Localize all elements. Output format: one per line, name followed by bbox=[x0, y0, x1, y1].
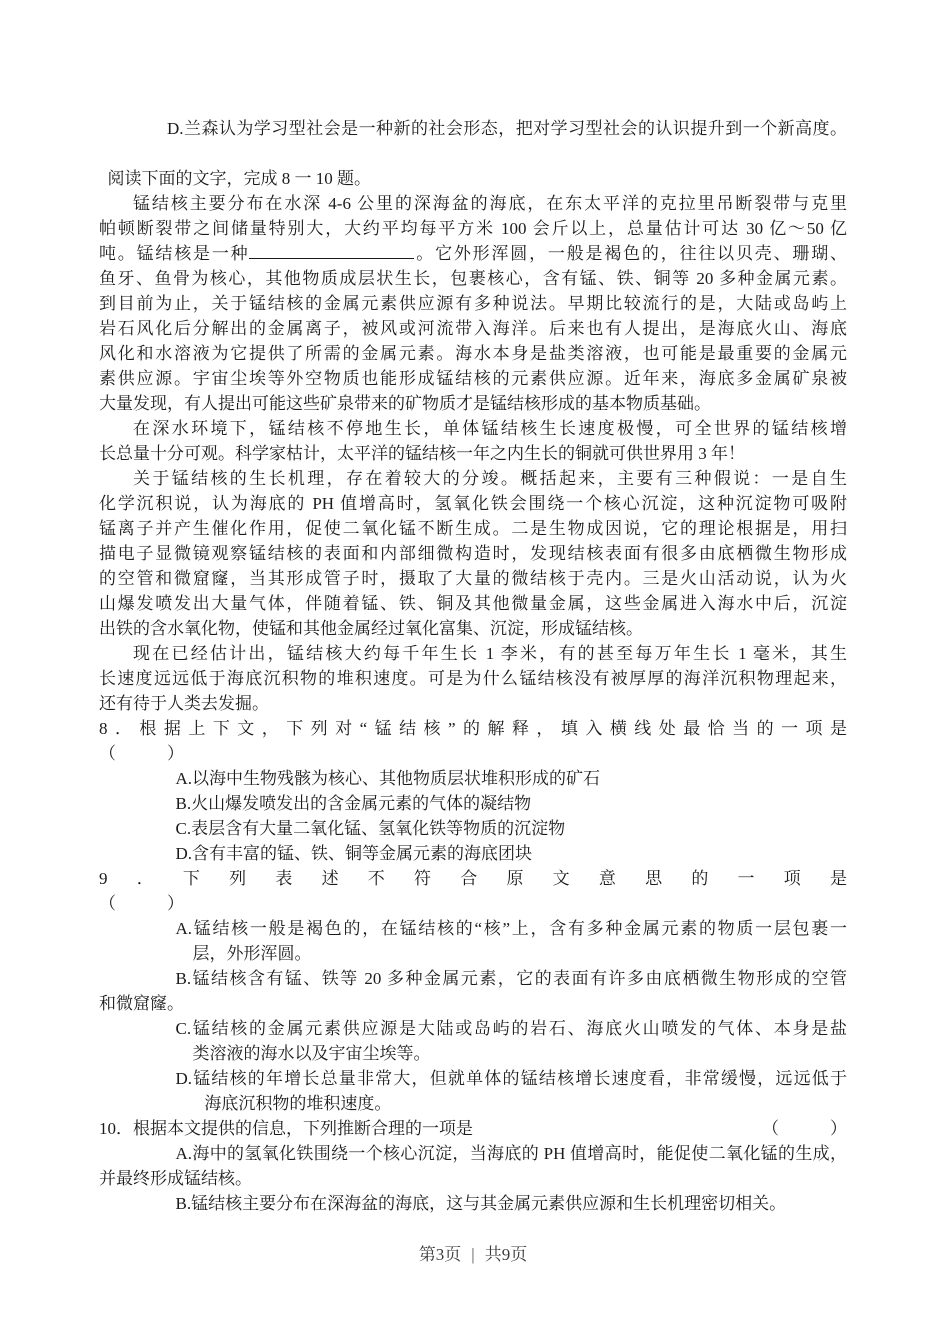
passage-para-1-line: 大量发现，有人提出可能这些矿泉带来的矿物质才是锰结核形成的基本物质基础。 bbox=[99, 391, 847, 416]
passage-para-2-line: 长总量十分可观。科学家枯计，太平洋的锰结核一年之内生长的铜就可供世界用 3 年！ bbox=[99, 441, 847, 466]
passage-para-3-line: 锰离子并产生催化作用，促使二氧化锰不断生成。二是生物成因说，它的理论根据是，用扫 bbox=[99, 516, 847, 541]
question-8-option-b: B.火山爆发喷发出的含金属元素的气体的凝结物 bbox=[99, 791, 847, 816]
page-footer: 第3页|共9页 bbox=[99, 1240, 847, 1265]
question-9-option-b-cont: 和微窟窿。 bbox=[99, 991, 847, 1016]
question-9-option-b: B.锰结核含有锰、铁等 20 多种金属元素，它的表面有许多由底栖微生物形成的空管 bbox=[99, 966, 847, 991]
question-8-option-c: C.表层含有大量二氧化锰、氢氧化铁等物质的沉淀物 bbox=[99, 816, 847, 841]
passage-para-4-line: 长速度远远低于海底沉积物的堆积速度。可是为什么锰结核没有被厚厚的海洋沉积物理起来… bbox=[99, 666, 847, 691]
passage-para-2-line: 在深水环境下，锰结核不停地生长，单体锰结核生长速度极慢，可全世界的锰结核增 bbox=[99, 416, 847, 441]
footer-page-number: 第3页 bbox=[419, 1245, 462, 1264]
passage-para-3-line: 出铁的含水氧化物，使锰和其他金属经过氧化富集、沉淀，形成锰结核。 bbox=[99, 616, 847, 641]
question-9-option-c-cont: 类溶液的海水以及宇宙尘埃等。 bbox=[99, 1041, 847, 1066]
passage-para-3-line: 的空管和微窟窿，当其形成管子时，摄取了大量的微结核于壳内。三是火山活动说，认为火 bbox=[99, 566, 847, 591]
passage-para-4-line: 还有待于人类去发掘。 bbox=[99, 691, 847, 716]
question-10-option-a-cont: 并最终形成锰结核。 bbox=[99, 1166, 847, 1191]
question-9-answer-paren: （ ） bbox=[99, 891, 847, 916]
passage-para-1-line: 鱼牙、鱼骨为核心，其他物质成层状生长，包裹核心，含有锰、铁、铜等 20 多种金属… bbox=[99, 266, 847, 291]
passage-para-1-line: 风化和水溶液为它提供了所需的金属元素。海水本身是盐类溶液，也可能是最重要的金属元 bbox=[99, 341, 847, 366]
blank-spacer bbox=[99, 141, 847, 166]
passage-para-1-line: 帕顿断裂带之间储量特别大，大约平均每平方米 100 会斤以上，总量估计可达 30… bbox=[99, 216, 847, 241]
question-9-option-a-cont: 层，外形浑圆。 bbox=[99, 941, 847, 966]
passage-para-4-line: 现在已经估计出，锰结核大约每千年生长 1 李米，有的甚至每万年生长 1 毫米，其… bbox=[99, 641, 847, 666]
passage-para-1-line: 岩石风化后分解出的金属离子，被风或河流带入海洋。后来也有人提出，是海底火山、海底 bbox=[99, 316, 847, 341]
blank-line-prefix: 吨。锰结核是一种 bbox=[99, 244, 249, 263]
question-8-option-d: D.含有丰富的锰、铁、铜等金属元素的海底团块 bbox=[99, 841, 847, 866]
document-lines: D.兰森认为学习型社会是一种新的社会形态，把对学习型社会的认识提升到一个新高度。… bbox=[99, 116, 847, 1216]
question-10-stem: 10．根据本文提供的信息，下列推断合理的一项是（ ） bbox=[99, 1116, 847, 1141]
question-10-option-b: B.锰结核主要分布在深海盆的海底，这与其金属元素供应源和生长机理密切相关。 bbox=[99, 1191, 847, 1216]
passage-para-1-line: 素供应源。宇宙尘埃等外空物质也能形成锰结核的元素供应源。近年来，海底多金属矿泉被 bbox=[99, 366, 847, 391]
question-9-option-c: C.锰结核的金属元素供应源是大陆或岛屿的岩石、海底火山喷发的气体、本身是盐 bbox=[99, 1016, 847, 1041]
passage-para-3-line: 化学沉积说，认为海底的 PH 值增高时，氢氧化铁会围绕一个核心沉淀，这种沉淀物可… bbox=[99, 491, 847, 516]
passage-para-3-line: 描电子显微镜观察锰结核的表面和内部细微构造时，发现结核表面有很多由底栖微生物形成 bbox=[99, 541, 847, 566]
footer-total-pages: 共9页 bbox=[485, 1245, 528, 1264]
question-9-option-d-cont: 海底沉积物的堆积速度。 bbox=[99, 1091, 847, 1116]
question-8-option-a: A.以海中生物残骸为核心、其他物质层状堆积形成的矿石 bbox=[99, 766, 847, 791]
passage-para-1-line: 到目前为止，关于锰结核的金属元素供应源有多种说法。早期比较流行的是，大陆或岛屿上 bbox=[99, 291, 847, 316]
blank-line-suffix: 。它外形浑圆，一般是褐色的，往往以贝壳、珊瑚、 bbox=[414, 244, 847, 263]
question-stem-text: 10．根据本文提供的信息，下列推断合理的一项是 bbox=[99, 1116, 473, 1141]
footer-separator: | bbox=[471, 1245, 474, 1264]
reading-instruction: 阅读下面的文字，完成 8 一 10 题。 bbox=[99, 166, 847, 191]
answer-paren: （ ） bbox=[762, 1116, 847, 1141]
question-8-stem: 8．根据上下文，下列对“锰结核”的解释，填入横线处最恰当的一项是 bbox=[99, 716, 847, 741]
exam-paper-page: D.兰森认为学习型社会是一种新的社会形态，把对学习型社会的认识提升到一个新高度。… bbox=[0, 0, 950, 1344]
question-10-option-a: A.海中的氢氧化铁围绕一个核心沉淀，当海底的 PH 值增高时，能促使二氧化锰的生… bbox=[99, 1141, 847, 1166]
question-8-answer-paren: （ ） bbox=[99, 741, 847, 766]
fill-in-blank-underline bbox=[249, 241, 414, 259]
passage-para-1-line-with-blank: 吨。锰结核是一种。它外形浑圆，一般是褐色的，往往以贝壳、珊瑚、 bbox=[99, 241, 847, 266]
passage-para-3-line: 关于锰结核的生长机理，存在着较大的分竣。概括起来，主要有三种假说：一是自生 bbox=[99, 466, 847, 491]
question-9-option-a: A.锰结核一般是褐色的，在锰结核的“核”上，含有多种金属元素的物质一层包裹一 bbox=[99, 916, 847, 941]
prev-question-option-d: D.兰森认为学习型社会是一种新的社会形态，把对学习型社会的认识提升到一个新高度。 bbox=[99, 116, 847, 141]
question-9-option-d: D.锰结核的年增长总量非常大，但就单体的锰结核增长速度看，非常缓慢，远远低于 bbox=[99, 1066, 847, 1091]
question-9-stem: 9．下列表述不符合原文意思的一项是 bbox=[99, 866, 847, 891]
passage-para-1-line: 锰结核主要分布在水深 4-6 公里的深海盆的海底，在东太平洋的克拉里吊断裂带与克… bbox=[99, 191, 847, 216]
passage-para-3-line: 山爆发喷发出大量气体，伴随着锰、铁、铜及其他微量金属，这些金属进入海水中后，沉淀 bbox=[99, 591, 847, 616]
